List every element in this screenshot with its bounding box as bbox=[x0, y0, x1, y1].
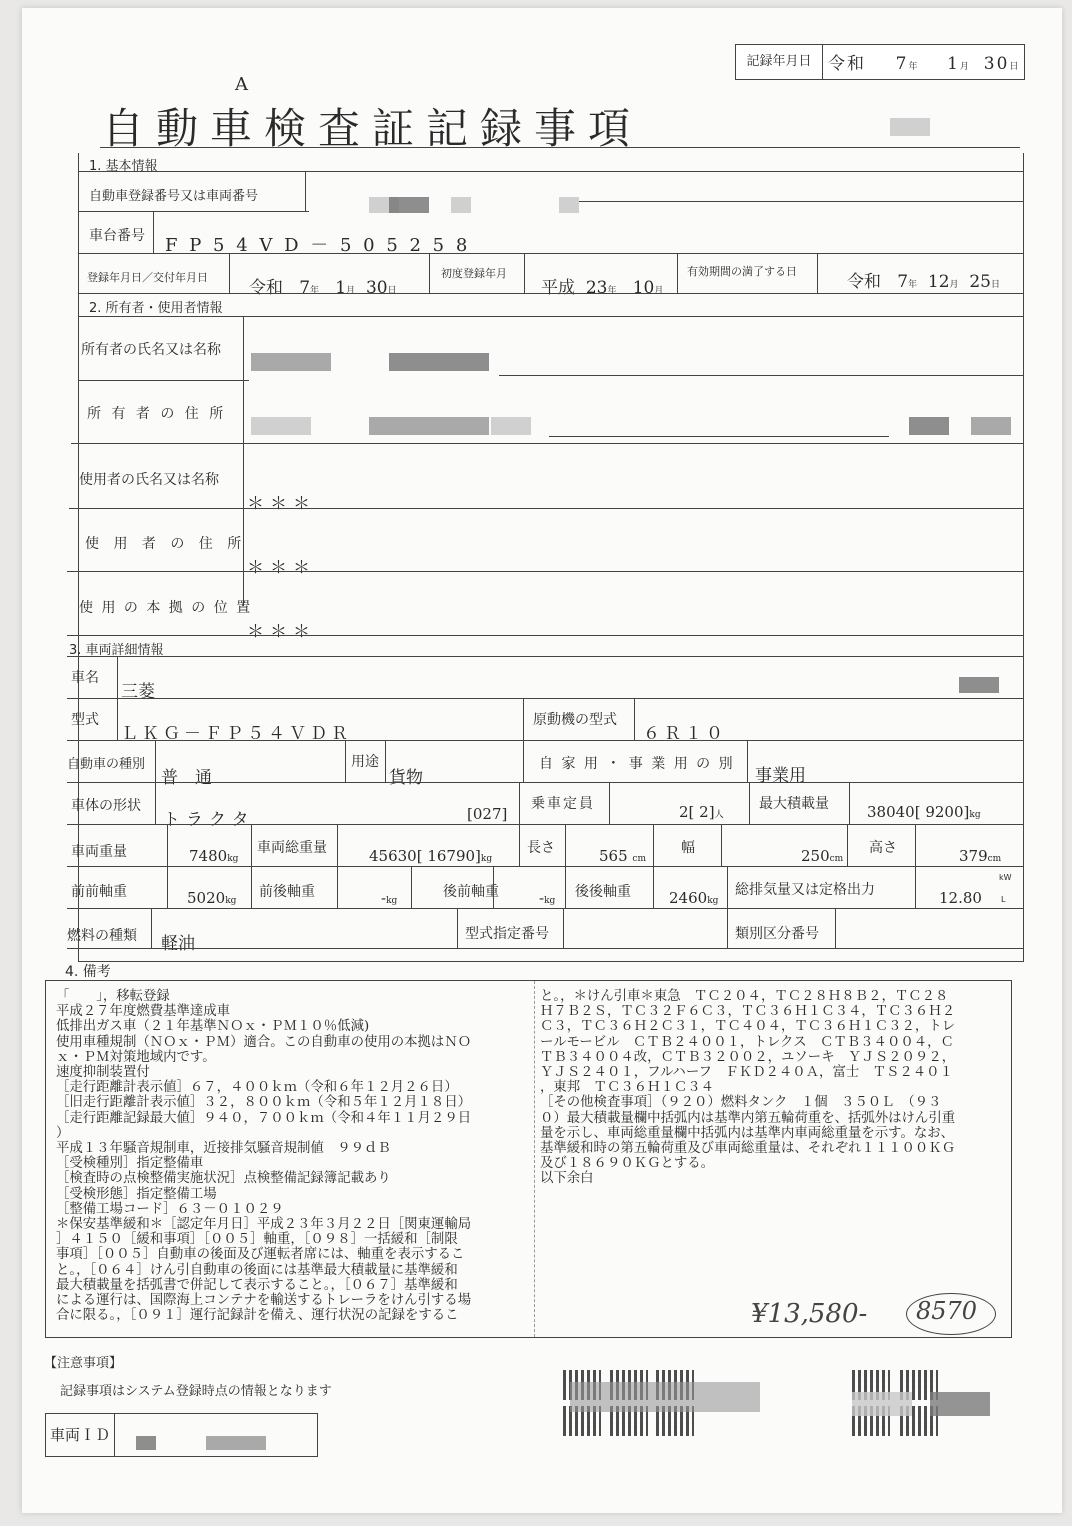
rr-axle-label: 後後軸重 bbox=[575, 881, 631, 901]
divider bbox=[67, 866, 1023, 867]
remarks-line: ＹＪＳ２４０１，フルハーフ ＦＫＤ２４０Ａ，富士 ＴＳ２４０１ bbox=[540, 1065, 955, 1080]
divider bbox=[243, 316, 244, 606]
displacement-value: 12.80 bbox=[939, 889, 982, 907]
record-form: 1. 基本情報 自動車登録番号又は車両番号 車台番号 F P 5 4 V D －… bbox=[78, 153, 1024, 962]
type-designation-label: 型式指定番号 bbox=[465, 923, 549, 943]
divider bbox=[727, 866, 728, 908]
handwritten-circled-number: 8570 bbox=[916, 1297, 977, 1325]
divider bbox=[67, 948, 1023, 949]
divider bbox=[229, 253, 230, 293]
rr-axle-value: 2460kg bbox=[669, 889, 718, 907]
divider bbox=[429, 253, 430, 293]
engine-model-label: 原動機の型式 bbox=[533, 709, 617, 729]
notice-heading: 【注意事項】 bbox=[44, 1352, 122, 1371]
record-date-box: 記録年月日 令和 7年 1月 30日 bbox=[735, 44, 1025, 80]
vehicle-id-box: 車両ＩＤ bbox=[45, 1413, 318, 1457]
vehicle-name-redacted bbox=[959, 677, 999, 693]
divider bbox=[69, 508, 1023, 509]
divider bbox=[67, 782, 1023, 783]
divider bbox=[493, 866, 494, 908]
remarks-line: 速度抑制装置付 bbox=[56, 1065, 471, 1080]
remarks-line: ［旧走行距離計表示値］３２，８００ｋｍ（令和５年１２月１８日） bbox=[56, 1095, 471, 1110]
notice-text: 記録事項はシステム登録時点の情報となります bbox=[60, 1380, 332, 1399]
chassis-number-label: 車台番号 bbox=[89, 225, 145, 245]
owner-name-label: 所有者の氏名又は名称 bbox=[81, 339, 221, 359]
remarks-line: ールモービル ＣＴＢ２４００１，トレクス ＣＴＢ３４００４，Ｃ bbox=[540, 1035, 955, 1050]
remarks-line: ＴＢ３４００４改，ＣＴＢ３２００２，ユソーキ ＹＪＳ２０９２， bbox=[540, 1050, 955, 1065]
expiry-date-label: 有効期間の満了する日 bbox=[687, 263, 797, 279]
redacted-block bbox=[890, 118, 930, 136]
section-owner-user-heading: 2. 所有者・使用者情報 bbox=[89, 297, 223, 316]
divider bbox=[67, 656, 1023, 657]
divider bbox=[155, 782, 156, 824]
remarks-line: ） bbox=[56, 1126, 471, 1141]
divider bbox=[345, 740, 346, 782]
remarks-line: ［受検形態］指定整備工場 bbox=[56, 1187, 471, 1202]
usage-label: 用途 bbox=[351, 751, 379, 771]
owner-address-redacted bbox=[909, 417, 949, 435]
divider bbox=[523, 698, 524, 740]
vehicle-type-value: 普 通 bbox=[161, 763, 212, 788]
length-label: 長さ bbox=[527, 837, 555, 857]
remarks-column-divider bbox=[534, 981, 535, 1337]
vehicle-name-label: 車名 bbox=[71, 667, 99, 687]
user-name-label: 使用者の氏名又は名称 bbox=[79, 469, 219, 489]
record-date-value: 令和 7年 1月 30日 bbox=[828, 49, 1018, 74]
height-value: 379cm bbox=[959, 847, 1001, 865]
owner-name-redacted bbox=[389, 353, 489, 371]
divider bbox=[849, 782, 850, 824]
divider bbox=[634, 698, 635, 740]
expiry-date-value: 令和 7年 12月 25日 bbox=[847, 267, 1000, 292]
divider bbox=[915, 866, 916, 908]
divider bbox=[67, 824, 1023, 825]
divider bbox=[747, 740, 748, 782]
user-address-label: 使 用 者 の 住 所 bbox=[85, 533, 246, 553]
remarks-line: ［受検種別］指定整備車 bbox=[56, 1156, 471, 1171]
remarks-line: 「 」，移転登録 bbox=[56, 989, 471, 1004]
vehicle-weight-label: 車両重量 bbox=[71, 841, 127, 861]
model-label: 型式 bbox=[71, 709, 99, 729]
private-business-label: 自 家 用 ・ 事 業 用 の 別 bbox=[539, 753, 735, 773]
registration-date-label: 登録年月日／交付年月日 bbox=[87, 269, 208, 285]
registration-number-redacted bbox=[451, 197, 471, 213]
divider bbox=[167, 866, 168, 908]
displacement-unit-l: L bbox=[1001, 895, 1005, 904]
displacement-label: 総排気量又は定格出力 bbox=[735, 879, 875, 899]
qr-redacted bbox=[852, 1392, 912, 1416]
divider bbox=[337, 824, 338, 866]
body-shape-label: 車体の形状 bbox=[71, 795, 141, 815]
remarks-line: 事項］［００５］自動車の後面及び運転者席には、軸重を表示するこ bbox=[56, 1247, 471, 1262]
first-registration-value: 平成 23年 10月 bbox=[541, 273, 663, 298]
remarks-line: Ｃ３，ＴＣ３６Ｈ２Ｃ３１，ＴＣ４０４，ＴＣ３６Ｈ１Ｃ３２，トレ bbox=[540, 1019, 955, 1034]
displacement-unit-kw: kW bbox=[999, 873, 1012, 882]
divider bbox=[79, 316, 1023, 317]
divider bbox=[155, 740, 156, 782]
vehicle-id-redacted bbox=[136, 1436, 156, 1450]
remarks-line: ＊保安基準緩和＊［認定年月日］平成２３年３月２２日［関東運輸局 bbox=[56, 1217, 471, 1232]
divider bbox=[519, 782, 520, 824]
user-name-value: ＊＊＊ bbox=[247, 489, 316, 514]
registration-number-redacted bbox=[389, 197, 429, 213]
divider bbox=[677, 253, 678, 293]
qr-redacted bbox=[930, 1392, 990, 1416]
remarks-line: 量を示し、車両総重量欄中括弧内は基準内車両総重量を示す。なお、 bbox=[540, 1126, 955, 1141]
length-value: 565 cm bbox=[599, 847, 646, 865]
divider bbox=[67, 908, 1023, 909]
registration-date-value: 令和 7年 1月 30日 bbox=[249, 273, 397, 298]
divider bbox=[251, 824, 252, 866]
divider bbox=[579, 201, 1023, 202]
divider bbox=[499, 375, 1023, 376]
divider bbox=[67, 635, 1023, 636]
remarks-line: 平成１３年騒音規制車，近接排気騒音規制値 ９９ｄＢ bbox=[56, 1141, 471, 1156]
divider bbox=[519, 824, 520, 866]
divider bbox=[305, 171, 306, 211]
divider bbox=[721, 824, 722, 866]
first-registration-label: 初度登録年月 bbox=[441, 265, 507, 281]
remarks-line: 基準緩和時の第五輪荷重及び車両総重量は、それぞれ１１１００ＫＧ bbox=[540, 1141, 955, 1156]
owner-address-redacted bbox=[369, 417, 489, 435]
divider bbox=[79, 253, 1023, 254]
remarks-line: 使用車種規制（ＮＯｘ・ＰＭ）適合。この自動車の使用の本拠はＮＯ bbox=[56, 1035, 471, 1050]
divider bbox=[653, 824, 654, 866]
remarks-line: ］４１５０［緩和事項］［００５］軸重，［０９８］一括緩和［制限 bbox=[56, 1232, 471, 1247]
remarks-line: による運行は、国際海上コンテナを輸送するトレーラをけん引する場 bbox=[56, 1293, 471, 1308]
handwritten-price: ¥13,580- bbox=[751, 1299, 867, 1329]
user-address-value: ＊＊＊ bbox=[247, 553, 316, 578]
divider bbox=[153, 211, 154, 253]
registration-number-label: 自動車登録番号又は車両番号 bbox=[89, 185, 258, 204]
divider bbox=[79, 171, 1023, 172]
remarks-line: Ｈ７Ｂ２Ｓ，ＴＣ３２Ｆ６Ｃ３，ＴＣ３６Ｈ１Ｃ３４，ＴＣ３６Ｈ２ bbox=[540, 1004, 955, 1019]
owner-address-label: 所 有 者 の 住 所 bbox=[87, 403, 226, 423]
divider bbox=[835, 908, 836, 948]
divider bbox=[524, 253, 525, 293]
owner-address-redacted bbox=[251, 417, 311, 435]
remarks-line: 平成２７年度燃費基準達成車 bbox=[56, 1004, 471, 1019]
remarks-line: 低排出ガス車（２１年基準ＮＯｘ・ＰＭ１０％低減) bbox=[56, 1019, 471, 1034]
fuel-value: 軽油 bbox=[161, 929, 195, 954]
gross-weight-label: 車両総重量 bbox=[257, 837, 327, 857]
registration-number-redacted bbox=[559, 197, 579, 213]
divider bbox=[67, 740, 1023, 741]
divider bbox=[79, 293, 1023, 294]
form-mark: A bbox=[235, 74, 248, 95]
divider bbox=[71, 443, 1023, 444]
remarks-line: 合に限る。，［０９１］運行記録計を備え、運行状況の記録をするこ bbox=[56, 1308, 471, 1323]
divider bbox=[67, 571, 1023, 572]
owner-address-redacted bbox=[971, 417, 1011, 435]
fuel-label: 燃料の種類 bbox=[67, 925, 137, 945]
divider bbox=[79, 211, 309, 212]
category-number-label: 類別区分番号 bbox=[735, 923, 819, 943]
divider bbox=[337, 866, 338, 908]
record-date-label: 記録年月日 bbox=[736, 45, 823, 79]
fr-axle-label: 前後軸重 bbox=[259, 881, 315, 901]
capacity-value: 2[ 2]人 bbox=[679, 803, 724, 821]
divider bbox=[457, 908, 458, 948]
remarks-line: ［走行距離計表示値］６７，４００ｋｍ（令和６年１２月２６日） bbox=[56, 1080, 471, 1095]
vehicle-id-label: 車両ＩＤ bbox=[46, 1414, 115, 1456]
divider bbox=[609, 782, 610, 824]
remarks-box: 「 」，移転登録平成２７年度燃費基準達成車低排出ガス車（２１年基準ＮＯｘ・ＰＭ１… bbox=[45, 980, 1012, 1338]
base-location-label: 使 用 の 本 拠 の 位 置 bbox=[79, 597, 252, 617]
gross-weight-value: 45630[ 16790]kg bbox=[369, 847, 492, 865]
divider bbox=[817, 253, 818, 293]
max-load-value: 38040[ 9200]kg bbox=[867, 803, 981, 821]
divider bbox=[167, 824, 168, 866]
divider bbox=[549, 436, 889, 437]
divider bbox=[151, 908, 152, 948]
divider bbox=[251, 866, 252, 908]
remarks-line: ，東邦 ＴＣ３６Ｈ１Ｃ３４ bbox=[540, 1080, 955, 1095]
owner-address-redacted bbox=[491, 417, 531, 435]
divider bbox=[727, 908, 728, 948]
divider bbox=[79, 380, 249, 381]
width-value: 250cm bbox=[801, 847, 843, 865]
remarks-line: ０）最大積載量欄中括弧内は基準内第五輪荷重を、括弧外はけん引重 bbox=[540, 1111, 955, 1126]
divider bbox=[385, 740, 386, 782]
width-label: 幅 bbox=[681, 837, 695, 857]
remarks-right-column: と。，＊けん引車＊東急 ＴＣ２０４，ＴＣ２８Ｈ８Ｂ２，ＴＣ２８Ｈ７Ｂ２Ｓ，ＴＣ３… bbox=[540, 989, 955, 1187]
divider bbox=[847, 824, 848, 866]
section-remarks-heading: 4. 備考 bbox=[65, 961, 111, 981]
body-shape-code: [027] bbox=[467, 805, 507, 823]
max-load-label: 最大積載量 bbox=[759, 793, 829, 813]
divider bbox=[67, 698, 1023, 699]
remarks-line: と。，［０６４］けん引自動車の後面には基準最大積載量に基準緩和 bbox=[56, 1263, 471, 1278]
body-shape-value: トラクタ bbox=[163, 805, 255, 830]
rf-axle-value: -kg bbox=[539, 889, 555, 907]
remarks-line: ［整備工場コード］６３－０１０２９ bbox=[56, 1202, 471, 1217]
title-underline bbox=[100, 147, 1020, 148]
vehicle-type-label: 自動車の種別 bbox=[67, 753, 145, 772]
base-location-value: ＊＊＊ bbox=[247, 617, 316, 642]
qr-redacted bbox=[570, 1382, 760, 1412]
height-label: 高さ bbox=[869, 837, 897, 857]
capacity-label: 乗車定員 bbox=[531, 793, 595, 813]
remarks-line: 以下余白 bbox=[540, 1171, 955, 1186]
divider bbox=[565, 866, 566, 908]
divider bbox=[749, 782, 750, 824]
remarks-left-column: 「 」，移転登録平成２７年度燃費基準達成車低排出ガス車（２１年基準ＮＯｘ・ＰＭ１… bbox=[56, 989, 471, 1323]
remarks-line: ［走行距離記録最大値］９４０，７００ｋｍ（令和４年１１月２９日 bbox=[56, 1111, 471, 1126]
remarks-line: ｘ・ＰＭ対策地域内です。 bbox=[56, 1050, 471, 1065]
fr-axle-value: -kg bbox=[381, 889, 397, 907]
rf-axle-label: 後前軸重 bbox=[443, 881, 499, 901]
vehicle-id-redacted bbox=[206, 1436, 266, 1450]
remarks-line: と。，＊けん引車＊東急 ＴＣ２０４，ＴＣ２８Ｈ８Ｂ２，ＴＣ２８ bbox=[540, 989, 955, 1004]
divider bbox=[653, 866, 654, 908]
divider bbox=[915, 824, 916, 866]
ff-axle-label: 前前軸重 bbox=[71, 881, 127, 901]
vehicle-weight-value: 7480kg bbox=[189, 847, 238, 865]
remarks-line: 及び１８６９０ＫＧとする。 bbox=[540, 1156, 955, 1171]
divider bbox=[565, 824, 566, 866]
divider bbox=[523, 740, 524, 782]
remarks-line: ［検査時の点検整備実施状況］点検整備記録簿記載あり bbox=[56, 1171, 471, 1186]
remarks-line: ［その他検査事項］（９２０）燃料タンク １個 ３５０Ｌ （９３ bbox=[540, 1095, 955, 1110]
remarks-line: 最大積載量を括弧書で併記して表示すること。，［０６７］基準緩和 bbox=[56, 1278, 471, 1293]
divider bbox=[411, 866, 412, 908]
owner-name-redacted bbox=[251, 353, 331, 371]
divider bbox=[563, 908, 564, 948]
usage-value: 貨物 bbox=[389, 763, 423, 788]
ff-axle-value: 5020kg bbox=[187, 889, 236, 907]
